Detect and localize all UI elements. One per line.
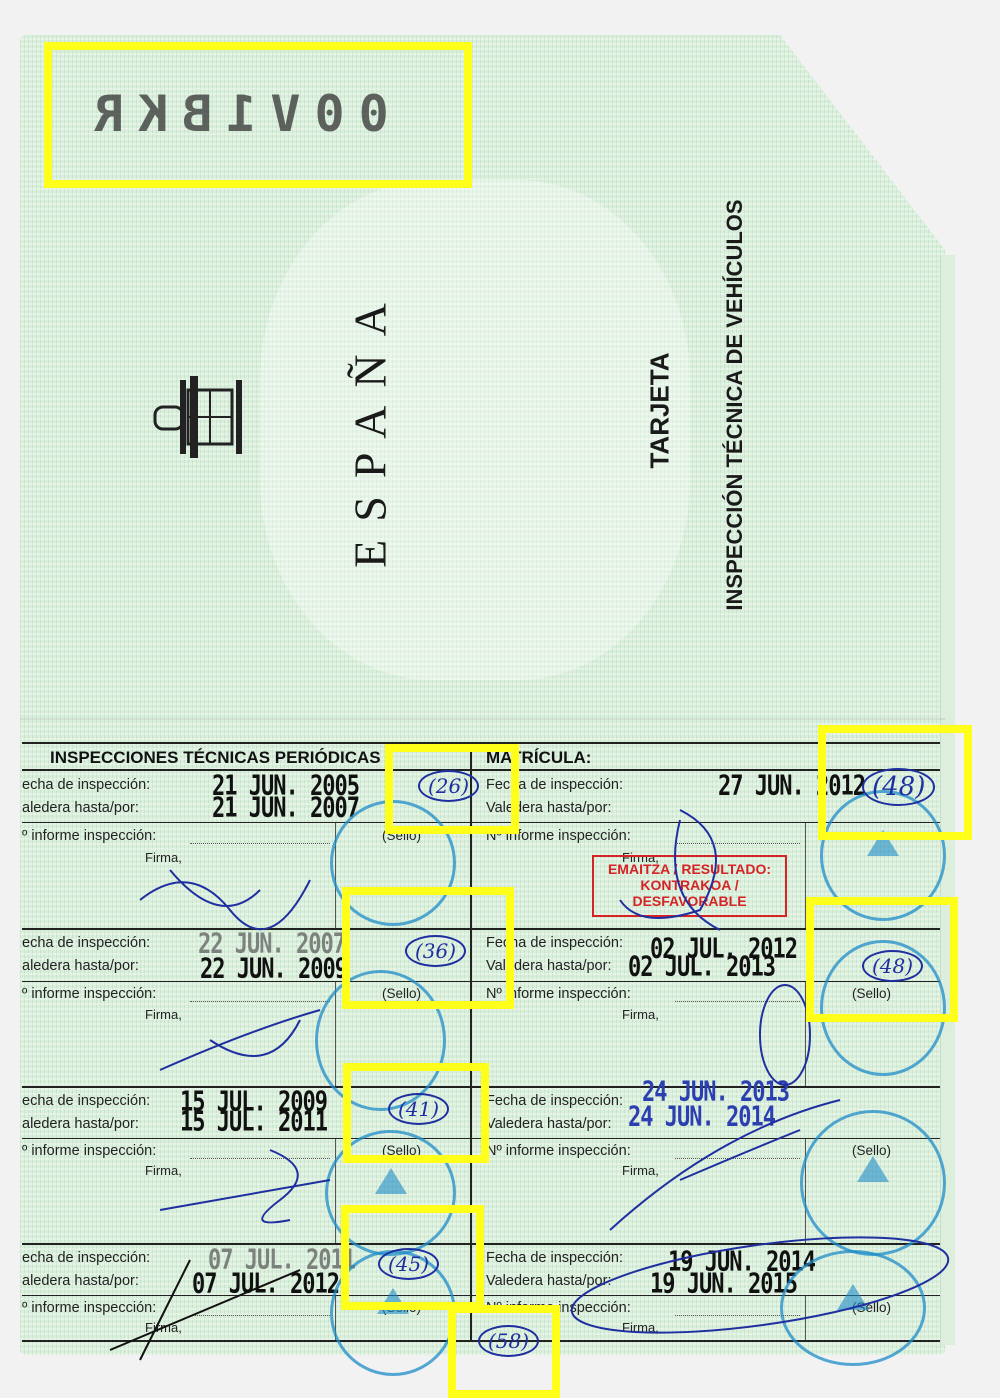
highlight-note: [448, 1305, 560, 1398]
fecha-label: echa de inspección:: [22, 1093, 150, 1109]
valid-until-date: 02 JUL. 2013: [628, 952, 775, 983]
periodic-inspections-header: INSPECCIONES TÉCNICAS PERIÓDICAS: [50, 748, 381, 768]
highlight-note: [343, 1063, 489, 1163]
informe-label: º informe inspección:: [22, 1143, 156, 1159]
valid-until-date: 22 JUN. 2009: [200, 954, 347, 985]
tuv-triangle-icon: [375, 1168, 407, 1194]
valid-until-date: 15 JUL. 2011: [180, 1107, 327, 1138]
highlight-note: [385, 744, 519, 834]
tuv-triangle-icon: [857, 1156, 889, 1182]
signature-scribble: [600, 800, 750, 940]
card-title: TARJETA: [645, 311, 676, 511]
firma-label: Firma,: [622, 1007, 659, 1022]
signature-scribble: [100, 1250, 350, 1360]
informe-dotted-line: [190, 842, 330, 844]
coat-of-arms-icon: [150, 372, 250, 462]
valedera-label: aledera hasta/por:: [22, 800, 139, 816]
signature-scribble: [560, 1230, 950, 1350]
coat-of-arms-watermark: [260, 180, 690, 680]
card-subtitle: INSPECCIÓN TÉCNICA DE VEHÍCULOS: [722, 140, 748, 670]
fecha-label: echa de inspección:: [22, 777, 150, 793]
valedera-label: Valedera hasta/por:: [486, 1116, 611, 1132]
highlight-note: [818, 725, 972, 840]
highlight-note: [341, 1205, 484, 1310]
signature-scribble: [150, 1140, 350, 1230]
card-fold-line: [20, 718, 945, 720]
signature-scribble: [600, 1090, 860, 1240]
highlight-note: [342, 887, 514, 1009]
fecha-label: echa de inspección:: [22, 935, 150, 951]
signature-scribble: [130, 850, 330, 930]
country-name: ESPAÑA: [344, 267, 397, 587]
signature-scribble: [150, 1000, 350, 1080]
highlight-note: [806, 897, 958, 1022]
valid-until-date: 21 JUN. 2007: [212, 793, 359, 824]
informe-label: º informe inspección:: [22, 986, 156, 1002]
valedera-label: aledera hasta/por:: [22, 1116, 139, 1132]
highlight-perforated-code: [44, 42, 472, 188]
informe-label: º informe inspección:: [22, 828, 156, 844]
valedera-label: aledera hasta/por:: [22, 958, 139, 974]
